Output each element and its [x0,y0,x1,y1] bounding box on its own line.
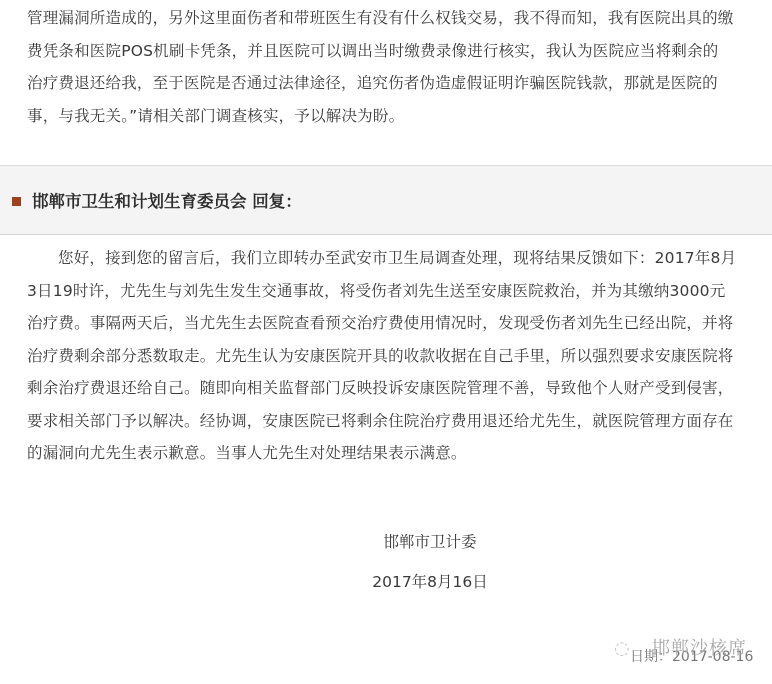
reply-line: 您好，接到您的留言后，我们立即转办至武安市卫生局调查处理，现将结果反馈如下：20… [27,242,747,275]
watermark: ◌ 日期：2017-08-16 邯郸沙核席 [612,636,762,670]
square-bullet-icon [12,197,21,206]
signature-date: 2017年8月16日 [0,570,772,592]
complaint-text: 管理漏洞所造成的，另外这里面伤者和带班医生有没有什么权钱交易，我不得而知，我有医… [27,2,747,132]
reply-text: 您好，接到您的留言后，我们立即转办至武安市卫生局调查处理，现将结果反馈如下：20… [27,242,747,470]
reply-line: 3日19时许，尤先生与刘先生发生交通事故，将受伤者刘先生送至安康医院救治，并为其… [27,275,747,308]
reply-title: 邯郸市卫生和计划生育委员会 回复： [32,188,302,212]
reply-line: 要求相关部门予以解决。经协调，安康医院已将剩余住院治疗费用退还给尤先生，就医院管… [27,405,747,438]
watermark-account-name: 邯郸沙核席 [652,634,747,660]
reply-line: 治疗费。事隔两天后，当尤先生去医院查看预交治疗费使用情况时，发现受伤者刘先生已经… [27,307,747,340]
reply-header: 邯郸市卫生和计划生育委员会 回复： [0,165,772,235]
complaint-line: 事，与我无关。”请相关部门调查核实，予以解决为盼。 [27,100,747,133]
reply-line: 治疗费剩余部分悉数取走。尤先生认为安康医院开具的收款收据在自己手里，所以强烈要求… [27,340,747,373]
reply-line: 剩余治疗费退还给自己。随即向相关监督部门反映投诉安康医院管理不善，导致他个人财产… [27,372,747,405]
reply-line: 的漏洞向尤先生表示歉意。当事人尤先生对处理结果表示满意。 [27,437,747,470]
complaint-line: 管理漏洞所造成的，另外这里面伤者和带班医生有没有什么权钱交易，我不得而知，我有医… [27,2,747,35]
wechat-icon: ◌ [614,638,630,659]
signature-org: 邯郸市卫计委 [0,530,772,552]
complaint-line: 费凭条和医院POS机刷卡凭条，并且医院可以调出当时缴费录像进行核实，我认为医院应… [27,35,747,68]
complaint-line: 治疗费退还给我，至于医院是否通过法律途径，追究伤者伪造虚假证明诈骗医院钱款，那就… [27,67,747,100]
